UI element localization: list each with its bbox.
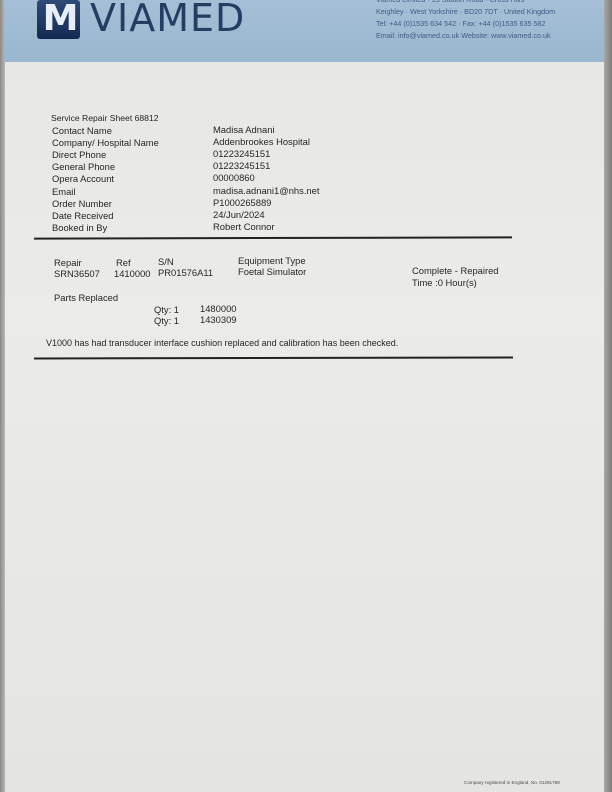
field-value: madisa.adnani1@nhs.net [213,185,319,196]
field-label: Direct Phone [52,149,106,160]
serial-number: PR01576A11 [158,267,213,278]
repair-header: Repair [54,257,82,268]
repair-notes: V1000 has had transducer interface cushi… [46,338,398,348]
sheet-title: Service Repair Sheet 68812 [51,113,159,123]
page-edge-left [0,0,5,792]
viamed-logo-icon: M [37,0,80,39]
field-value: Madisa Adnani [213,124,275,135]
company-email-web-line: Email: info@viamed.co.uk Website: www.vi… [376,30,606,42]
equipment-type: Foetal Simulator [238,266,306,277]
company-phone-line: Tel: +44 (0)1535 634 542 · Fax: +44 (0)1… [376,18,606,30]
field-label: Order Number [52,198,112,209]
page-edge-right [604,0,612,792]
equipment-type-header: Equipment Type [238,255,306,266]
field-label: General Phone [52,161,115,172]
repair-status: Complete - Repaired [412,265,499,276]
field-value: 24/Jun/2024 [213,209,265,220]
field-label: Opera Account [52,173,114,184]
field-label: Company/ Hospital Name [52,137,159,148]
company-contact-block: Viamed Limited · 15 Station Road · Cross… [376,0,606,42]
field-value: Robert Connor [213,221,275,232]
company-address-line-2: Keighley · West Yorkshire · BD20 7DT · U… [376,6,606,18]
letterhead: M VIAMED Viamed Limited · 15 Station Roa… [4,0,604,62]
field-value: P1000265889 [213,197,271,208]
parts-replaced-label: Parts Replaced [54,292,118,303]
part-2-qty: Qty: 1 [154,315,179,326]
field-label: Email [52,186,75,197]
part-1-number: 1480000 [200,303,237,314]
brand-name: VIAMED [90,0,245,40]
field-label: Date Received [52,210,114,221]
repair-time: Time :0 Hour(s) [412,277,477,288]
field-value: 01223245151 [213,160,270,171]
ref-header: Ref [116,257,131,268]
part-2-number: 1430309 [200,314,237,325]
field-label: Booked in By [52,222,107,233]
part-1-qty: Qty: 1 [154,304,179,315]
sn-header: S/N [158,256,174,267]
field-value: 01223245151 [213,148,270,159]
company-registration: Company registered in England, No. 01291… [464,780,560,785]
ref-value: 1410000 [114,268,151,279]
repair-number: SRN36507 [54,268,100,279]
field-value: 00000860 [213,172,255,183]
field-label: Contact Name [52,125,112,136]
field-value: Addenbrookes Hospital [213,136,310,147]
